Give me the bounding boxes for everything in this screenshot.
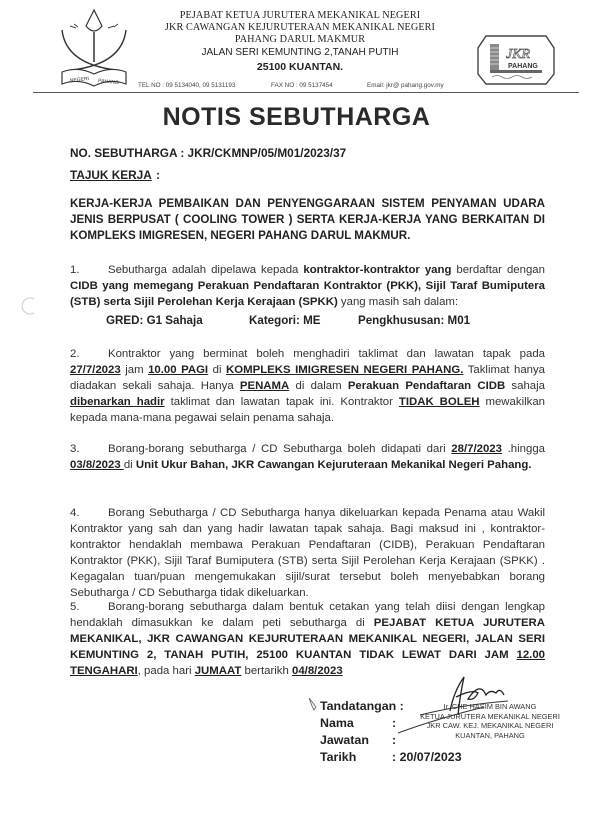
paragraph-number: 3. — [70, 441, 108, 457]
punch-hole-mark-icon — [20, 296, 40, 316]
letterhead-line-3: PAHANG DARUL MAKMUR — [130, 34, 470, 46]
text: Kontraktor yang berminat boleh menghadir… — [108, 348, 545, 360]
letterhead-tel: TEL NO : 09 5134040, 09 5131193 — [138, 82, 235, 89]
svg-text:JKR: JKR — [506, 47, 531, 62]
bold-text: Perakuan Pendaftaran CIDB — [348, 380, 505, 392]
specialization-requirement: Pengkhususan: M01 — [358, 314, 470, 327]
letterhead-address: JALAN SERI KEMUNTING 2,TANAH PUTIH — [130, 47, 470, 58]
submission-day: JUMAAT — [195, 665, 242, 677]
position-colon: : — [392, 733, 396, 747]
submission-date: 04/8/2023 — [292, 665, 343, 677]
name-label: Nama — [320, 716, 354, 730]
letterhead-divider — [33, 92, 579, 93]
text: di — [124, 459, 136, 471]
text — [509, 649, 517, 661]
text: jam — [121, 364, 148, 376]
pen-mark-icon — [308, 697, 320, 711]
quotation-number: NO. SEBUTHARGA : JKR/CKMNP/05/M01/2023/3… — [70, 146, 346, 160]
work-title-label: TAJUK KERJA — [70, 168, 152, 182]
paragraph-number: 5. — [70, 599, 108, 615]
briefing-place: KOMPLEKS IMIGRESEN NEGERI PAHANG. — [226, 364, 463, 376]
text: Borang-borang sebutharga / CD Sebutharga… — [108, 443, 451, 455]
text: Borang Sebutharga / CD Sebutharga hanya … — [70, 507, 545, 599]
text: yang masih sah dalam: — [338, 296, 458, 308]
collection-place: Unit Ukur Bahan, JKR Cawangan Kejurutera… — [136, 459, 532, 471]
bold-text: dibenarkan hadir — [70, 396, 165, 408]
letterhead-email: Email: jkr@ pahang.gov.my — [367, 82, 444, 89]
text: bertarikh — [241, 665, 292, 677]
collection-end-date: 03/8/2023 — [70, 459, 124, 471]
bold-text: CIDB yang memegang Perakuan Pendaftaran … — [70, 280, 545, 308]
text: sahaja — [505, 380, 545, 392]
text: berdaftar dengan — [451, 264, 545, 276]
signature-label: Tandatangan : — [320, 699, 404, 713]
jkr-pahang-logo-icon: JKR PAHANG — [476, 34, 556, 86]
bold-text: TIDAK BOLEH — [399, 396, 480, 408]
svg-text:PAHANG: PAHANG — [98, 78, 119, 86]
letterhead-line-1: PEJABAT KETUA JURUTERA MEKANIKAL NEGERI — [130, 10, 470, 22]
text: Sebutharga adalah dipelawa kepada — [108, 264, 303, 276]
work-title-text: KERJA-KERJA PEMBAIKAN DAN PENYENGGARAAN … — [70, 196, 545, 244]
text: .hingga — [502, 443, 545, 455]
text: taklimat dan lawatan tapak ini. Kontrakt… — [165, 396, 399, 408]
paragraph-number: 4. — [70, 505, 108, 521]
work-title-colon: : — [156, 168, 160, 182]
letterhead-fax: FAX NO : 09 5137454 — [271, 82, 333, 89]
pahang-crest-icon: NEGERI PAHANG — [56, 4, 132, 96]
letterhead-line-2: JKR CAWANGAN KEJURUTERAAN MEKANIKAL NEGE… — [130, 22, 470, 34]
signed-date: : 20/07/2023 — [392, 750, 462, 764]
date-label: Tarikh — [320, 750, 356, 764]
page-title: NOTIS SEBUTHARGA — [0, 103, 593, 132]
text: , pada hari — [138, 665, 195, 677]
text: di dalam — [289, 380, 348, 392]
paragraph-number: 2. — [70, 346, 108, 362]
paragraph-2: 2.Kontraktor yang berminat boleh menghad… — [70, 346, 545, 426]
paragraph-4: 4.Borang Sebutharga / CD Sebutharga hany… — [70, 505, 545, 601]
paragraph-3: 3.Borang-borang sebutharga / CD Sebuthar… — [70, 441, 545, 473]
text: di — [208, 364, 226, 376]
briefing-time: 10.00 PAGI — [148, 364, 208, 376]
bold-text: PENAMA — [240, 380, 289, 392]
svg-text:PAHANG: PAHANG — [508, 63, 538, 70]
position-label: Jawatan — [320, 733, 369, 747]
briefing-date: 27/7/2023 — [70, 364, 121, 376]
paragraph-5: 5.Borang-borang sebutharga dalam bentuk … — [70, 599, 545, 679]
letterhead-postcode: 25100 KUANTAN. — [130, 61, 470, 73]
collection-start-date: 28/7/2023 — [451, 443, 502, 455]
grade-requirement: GRED: G1 Sahaja — [106, 314, 203, 327]
category-requirement: Kategori: ME — [249, 314, 321, 327]
paragraph-number: 1. — [70, 262, 108, 278]
paragraph-1: 1.Sebutharga adalah dipelawa kepada kont… — [70, 262, 545, 310]
signature-stroke-icon — [396, 705, 486, 735]
bold-text: kontraktor-kontraktor yang — [303, 264, 451, 276]
